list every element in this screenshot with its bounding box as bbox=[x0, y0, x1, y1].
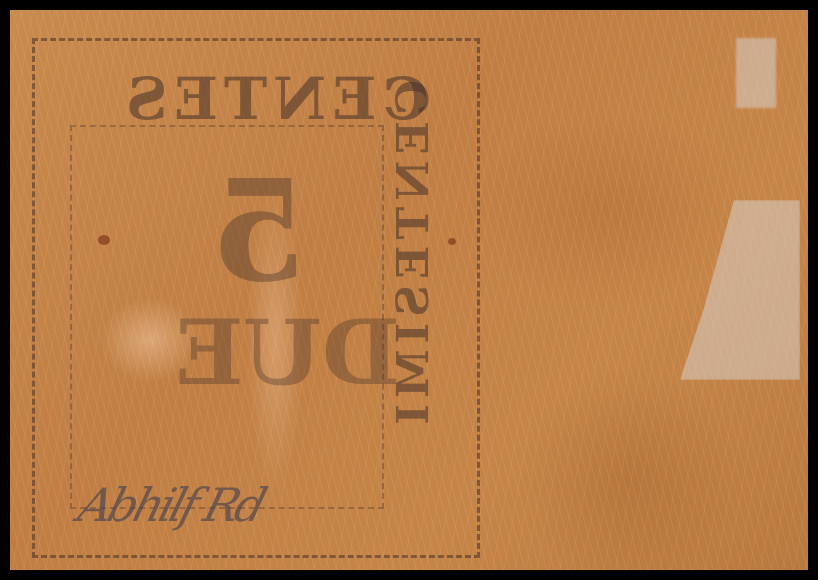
offset-text-middle: DUE bbox=[175, 300, 400, 406]
hinge-remnant-top bbox=[736, 38, 776, 108]
stain-spot bbox=[448, 238, 456, 245]
stain-spot bbox=[98, 235, 110, 245]
stamp-paper: CENTES 5 DUE CENTESIMI Abhilf Rd bbox=[10, 10, 808, 570]
pencil-signature: Abhilf Rd bbox=[73, 478, 269, 532]
offset-text-side: CENTESIMI bbox=[388, 80, 439, 431]
offset-text-top: CENTES bbox=[120, 65, 429, 133]
offset-numeral: 5 bbox=[210, 150, 307, 314]
